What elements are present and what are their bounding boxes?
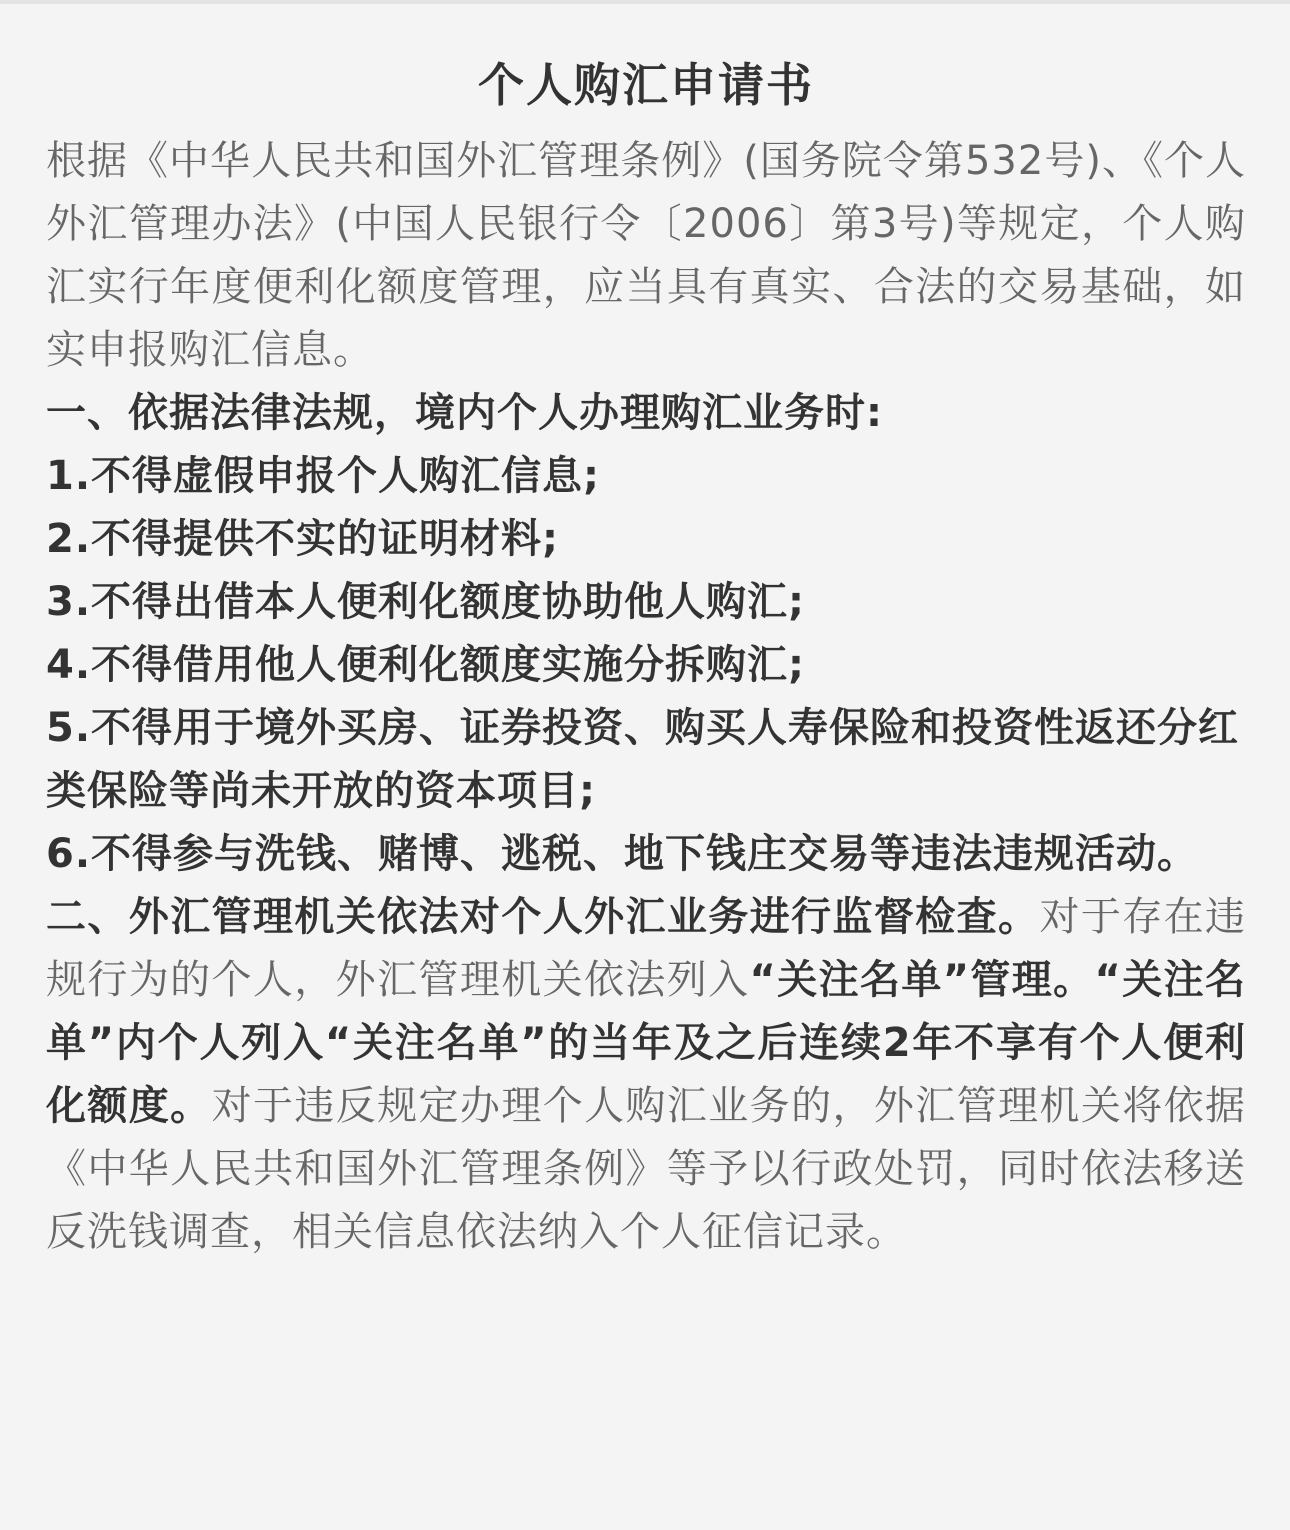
application-document: 个人购汇申请书 根据《中华人民共和国外汇管理条例》(国务院令第532号)、《个人… bbox=[46, 52, 1246, 1264]
rule-item-5: 5.不得用于境外买房、证券投资、购买人寿保险和投资性返还分红类保险等尚未开放的资… bbox=[46, 697, 1246, 823]
top-border bbox=[0, 0, 1290, 4]
section-2-paragraph: 二、外汇管理机关依法对个人外汇业务进行监督检查。对于存在违规行为的个人，外汇管理… bbox=[46, 886, 1246, 1264]
rule-item-3: 3.不得出借本人便利化额度协助他人购汇; bbox=[46, 571, 1246, 634]
section-2-text-b: 对于违反规定办理个人购汇业务的，外汇管理机关将依据《中华人民共和国外汇管理条例》… bbox=[46, 1083, 1246, 1255]
section-1: 一、依据法律法规，境内个人办理购汇业务时: 1.不得虚假申报个人购汇信息; 2.… bbox=[46, 382, 1246, 886]
rule-item-1: 1.不得虚假申报个人购汇信息; bbox=[46, 445, 1246, 508]
rule-item-2: 2.不得提供不实的证明材料; bbox=[46, 508, 1246, 571]
rule-item-4: 4.不得借用他人便利化额度实施分拆购汇; bbox=[46, 634, 1246, 697]
intro-paragraph: 根据《中华人民共和国外汇管理条例》(国务院令第532号)、《个人外汇管理办法》(… bbox=[46, 130, 1246, 382]
section-2-heading: 二、外汇管理机关依法对个人外汇业务进行监督检查。 bbox=[46, 894, 1039, 940]
document-title: 个人购汇申请书 bbox=[46, 52, 1246, 118]
section-1-heading: 一、依据法律法规，境内个人办理购汇业务时: bbox=[46, 382, 1246, 445]
rule-item-6: 6.不得参与洗钱、赌博、逃税、地下钱庄交易等违法违规活动。 bbox=[46, 823, 1246, 886]
